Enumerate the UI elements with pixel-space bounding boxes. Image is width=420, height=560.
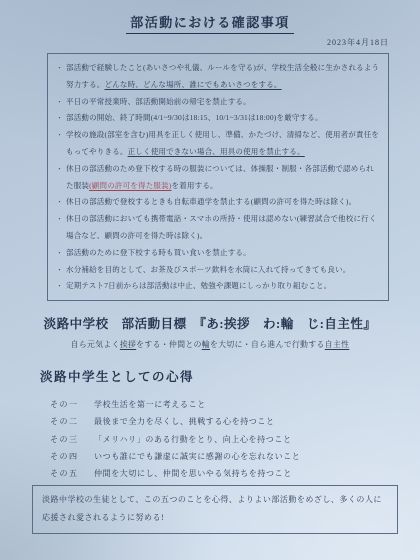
rule-item: ・部活動のために登下校する時も買い食いを禁止する。: [54, 245, 380, 262]
bullet-marker: ・: [56, 110, 63, 127]
text-segment: 「メリハリ」のある行動をとり、向上心を持つこと: [94, 435, 292, 444]
text-segment: を着用する。: [172, 181, 218, 190]
text-segment: 休日の部活動においても携帯電話・スマホの所持・使用は認めない(練習試合で他校に行…: [66, 214, 377, 240]
item-label: その五: [50, 465, 94, 482]
text-segment: 平日の平常授業時、部活動開始前の帰宅を禁止する。: [66, 97, 251, 106]
item-text: 定期テスト7日前からは部活動は中止、勉強や課題にしっかり取り組むこと。: [66, 281, 331, 290]
bullet-marker: ・: [56, 127, 63, 144]
kokoroe-item: その一学校生活を第一に考えること: [50, 396, 420, 413]
text-segment: 挨拶: [120, 340, 136, 349]
text-segment: 仲間を大切にし、仲間を思いやる気持ちを持つこと: [94, 469, 292, 478]
footer-box: 淡路中学校の生徒として、この五つのことを心得、よりよい部活動をめざし、多くの人に…: [32, 485, 398, 534]
bullet-marker: ・: [56, 278, 63, 295]
item-text: 平日の平常授業時、部活動開始前の帰宅を禁止する。: [66, 97, 251, 106]
item-label: その一: [50, 396, 94, 413]
club-goal-heading: 淡路中学校 部活動目標 『あ:挨拶 わ:輪 じ:自主性』: [0, 314, 420, 332]
text-segment: 正しく使用できない場合、用具の使用を禁止する。: [128, 147, 305, 156]
text-segment: 自主性: [325, 340, 350, 349]
rule-item: ・平日の平常授業時、部活動開始前の帰宅を禁止する。: [54, 94, 380, 111]
kokoroe-item: その二最後まで全力を尽くし、挑戦する心を持つこと: [50, 413, 420, 430]
item-text: 部活動で経験したこと(あいさつや礼儀、ルールを守る)が、学校生活全般に生かされる…: [66, 63, 379, 89]
text-segment: 水分補給を目的として、お茶及びスポーツ飲料を水筒に入れて持ってきても良い。: [66, 265, 350, 274]
item-text: 部活動の開始、終了時間(4/1~9/30は18:15、10/1~3/31は18:…: [66, 113, 323, 122]
text-segment: 最後まで全力を尽くし、挑戦する心を持つこと: [94, 417, 275, 426]
kokoroe-heading: 淡路中学生としての心得: [40, 367, 420, 385]
rule-item: ・水分補給を目的として、お茶及びスポーツ飲料を水筒に入れて持ってきても良い。: [54, 262, 380, 279]
bullet-marker: ・: [56, 211, 63, 228]
rule-item: ・学校の施設(部室を含む)用具を正しく使用し、準備、かたづけ、清掃など、使用者が…: [54, 127, 380, 161]
text-segment: 輪: [202, 340, 210, 349]
rules-box: ・部活動で経験したこと(あいさつや礼儀、ルールを守る)が、学校生活全般に生かされ…: [47, 53, 389, 301]
bullet-marker: ・: [56, 262, 63, 279]
bullet-marker: ・: [56, 60, 63, 77]
rule-item: ・休日の部活動においても携帯電話・スマホの所持・使用は認めない(練習試合で他校に…: [54, 211, 380, 245]
rule-item: ・休日の部活動で登校するときも自転車通学を禁止する(顧問の許可を得た時は除く)。: [54, 194, 380, 211]
item-text: 部活動のために登下校する時も買い食いを禁止する。: [66, 248, 251, 257]
item-text: 仲間を大切にし、仲間を思いやる気持ちを持つこと: [94, 469, 292, 478]
item-text: 休日の部活動においても携帯電話・スマホの所持・使用は認めない(練習試合で他校に行…: [66, 214, 377, 240]
text-segment: 定期テスト7日前からは部活動は中止、勉強や課題にしっかり取り組むこと。: [66, 281, 331, 290]
rule-item: ・部活動の開始、終了時間(4/1~9/30は18:15、10/1~3/31は18…: [54, 110, 380, 127]
text-segment: をする・仲間との: [136, 340, 202, 349]
kokoroe-item: その四いつも誰にでも謙虚に誠実に感謝の心を忘れないこと: [50, 448, 420, 465]
item-text: いつも誰にでも謙虚に誠実に感謝の心を忘れないこと: [94, 452, 300, 461]
kokoroe-list: その一学校生活を第一に考えることその二最後まで全力を尽くし、挑戦する心を持つこと…: [50, 396, 420, 482]
item-text: 水分補給を目的として、お茶及びスポーツ飲料を水筒に入れて持ってきても良い。: [66, 265, 350, 274]
item-label: その二: [50, 413, 94, 430]
footer-line-1: 淡路中学校の生徒として、この五つのことを心得、よりよい部活動をめざし、多くの人に: [42, 491, 388, 509]
text-segment: どんな時、どんな場所、誰にでもあいさつをする。: [105, 80, 282, 89]
item-text: 休日の部活動のため登下校する時の服装については、体操服・制服・各部活動で認められ…: [66, 164, 374, 190]
club-goal-subtitle: 自ら元気よく挨拶をする・仲間との輪を大切に・自ら進んで行動する自主性: [0, 339, 420, 350]
kokoroe-item: その五仲間を大切にし、仲間を思いやる気持ちを持つこと: [50, 465, 420, 482]
page-title: 部活動における確認事項: [0, 12, 420, 34]
text-segment: 部活動のために登下校する時も買い食いを禁止する。: [66, 248, 251, 257]
kokoroe-item: その三「メリハリ」のある行動をとり、向上心を持つこと: [50, 431, 420, 448]
item-label: その三: [50, 431, 94, 448]
rule-item: ・休日の部活動のため登下校する時の服装については、体操服・制服・各部活動で認めら…: [54, 161, 380, 195]
text-segment: を大切に・自ら進んで行動する: [210, 340, 325, 349]
page-title-text: 部活動における確認事項: [126, 12, 294, 34]
text-segment: 学校生活を第一に考えること: [94, 400, 206, 409]
bullet-marker: ・: [56, 194, 63, 211]
rule-item: ・部活動で経験したこと(あいさつや礼儀、ルールを守る)が、学校生活全般に生かされ…: [54, 60, 380, 94]
doc-date: 2023年4月18日: [0, 37, 420, 48]
rule-item: ・定期テスト7日前からは部活動は中止、勉強や課題にしっかり取り組むこと。: [54, 278, 380, 295]
item-text: 最後まで全力を尽くし、挑戦する心を持つこと: [94, 417, 275, 426]
footer-line-2: 応援され愛されるように努める!: [42, 509, 388, 527]
item-text: 学校の施設(部室を含む)用具を正しく使用し、準備、かたづけ、清掃など、使用者が責…: [66, 130, 379, 156]
bullet-marker: ・: [56, 245, 63, 262]
item-text: 休日の部活動で登校するときも自転車通学を禁止する(顧問の許可を得た時は除く)。: [66, 197, 356, 206]
text-segment: いつも誰にでも謙虚に誠実に感謝の心を忘れないこと: [94, 452, 300, 461]
item-text: 「メリハリ」のある行動をとり、向上心を持つこと: [94, 435, 292, 444]
item-label: その四: [50, 448, 94, 465]
document-photo: { "document": { "title": "部活動における確認事項", …: [0, 0, 420, 560]
text-segment: 部活動の開始、終了時間(4/1~9/30は18:15、10/1~3/31は18:…: [66, 113, 323, 122]
bullet-marker: ・: [56, 94, 63, 111]
item-text: 学校生活を第一に考えること: [94, 400, 206, 409]
bullet-marker: ・: [56, 161, 63, 178]
document-page: 部活動における確認事項 2023年4月18日 ・部活動で経験したこと(あいさつや…: [0, 0, 420, 560]
text-segment: (顧問の許可を得た服装): [89, 181, 171, 190]
text-segment: 休日の部活動で登校するときも自転車通学を禁止する(顧問の許可を得た時は除く)。: [66, 197, 356, 206]
text-segment: 自ら元気よく: [71, 340, 120, 349]
